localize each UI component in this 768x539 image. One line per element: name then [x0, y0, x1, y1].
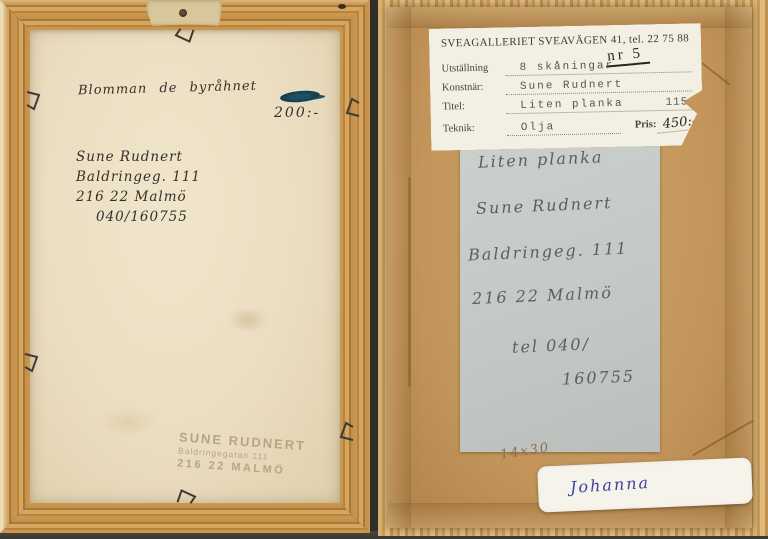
row-label: Titel:: [442, 100, 506, 112]
photo-backdrop: Blomman de byråhnet 200:- Sune Rudnert B…: [0, 0, 768, 539]
frame-clip: [24, 90, 42, 112]
note-line: Liten planka: [478, 147, 604, 171]
left-frame-right-moulding: [340, 0, 370, 533]
nail-hole: [179, 9, 187, 17]
gallery-label: SVEAGALLERIET SVEAVÄGEN 41, tel. 22 75 8…: [429, 23, 703, 151]
address-line: 040/160755: [96, 207, 201, 227]
row-value: Olja: [507, 120, 621, 136]
wood-knot: [338, 4, 346, 9]
note-paper: Liten planka Sune Rudnert Baldringeg. 11…: [460, 134, 660, 452]
gallery-label-header: SVEAGALLERIET SVEAVÄGEN 41, tel. 22 75 8…: [429, 32, 701, 50]
paper-crease: [408, 177, 411, 387]
sticker-name-text: Johanna: [569, 467, 752, 497]
name-sticker: Johanna: [537, 457, 753, 512]
right-frame: SVEAGALLERIET SVEAVÄGEN 41, tel. 22 75 8…: [378, 0, 768, 536]
row-value: Liten planka115: [506, 96, 692, 114]
row-value-text: Liten planka: [520, 98, 623, 112]
row-label: Teknik:: [443, 122, 507, 134]
address-line: Baldringeg. 111: [76, 167, 201, 187]
label-row-konstnar: Konstnär: Sune Rudnert: [442, 77, 692, 97]
label-row-teknik: Teknik: Olja Pris: 450:-: [443, 115, 693, 135]
note-line: tel 040/: [512, 334, 591, 356]
address-line: 216 22 Malmö: [76, 187, 201, 207]
row-label: Utställning: [441, 62, 505, 74]
note-line: Baldringeg. 111: [468, 239, 629, 265]
price-label: Pris:: [635, 119, 657, 130]
ink-blot: [280, 89, 321, 103]
gallery-label-rows: Utställning 8 skåningar Konstnär: Sune R…: [441, 58, 692, 135]
row-label: Konstnär:: [442, 81, 506, 93]
label-row-titel: Titel: Liten planka115: [442, 96, 692, 116]
frame-clip: [175, 487, 198, 507]
address-block: Sune Rudnert Baldringeg. 111 216 22 Malm…: [76, 147, 201, 227]
left-backing-paper: Blomman de byråhnet 200:- Sune Rudnert B…: [28, 27, 342, 505]
label-row-utstallning: Utställning 8 skåningar: [441, 58, 691, 78]
left-frame: Blomman de byråhnet 200:- Sune Rudnert B…: [0, 0, 370, 533]
left-frame-left-moulding: [0, 0, 30, 533]
note-line: 216 22 Malmö: [472, 283, 614, 308]
frame-clip: [22, 352, 40, 374]
frame-clip: [172, 25, 195, 45]
frame-clip: [338, 420, 356, 442]
handwritten-price: 200:-: [274, 105, 320, 121]
left-frame-bottom-moulding: [0, 503, 370, 533]
frame-clip: [344, 96, 362, 118]
row-value: Sune Rudnert: [506, 77, 692, 95]
handwritten-title: Blomman de byråhnet: [78, 79, 257, 99]
studio-stamp: SUNE RUDNERT Baldringegatan 111 216 22 M…: [177, 429, 339, 480]
note-line: Sune Rudnert: [476, 193, 613, 218]
address-line: Sune Rudnert: [76, 147, 201, 167]
note-line: 160755: [562, 366, 636, 388]
row-value: 8 skåningar: [505, 58, 691, 76]
tape-patch: [146, 0, 222, 26]
